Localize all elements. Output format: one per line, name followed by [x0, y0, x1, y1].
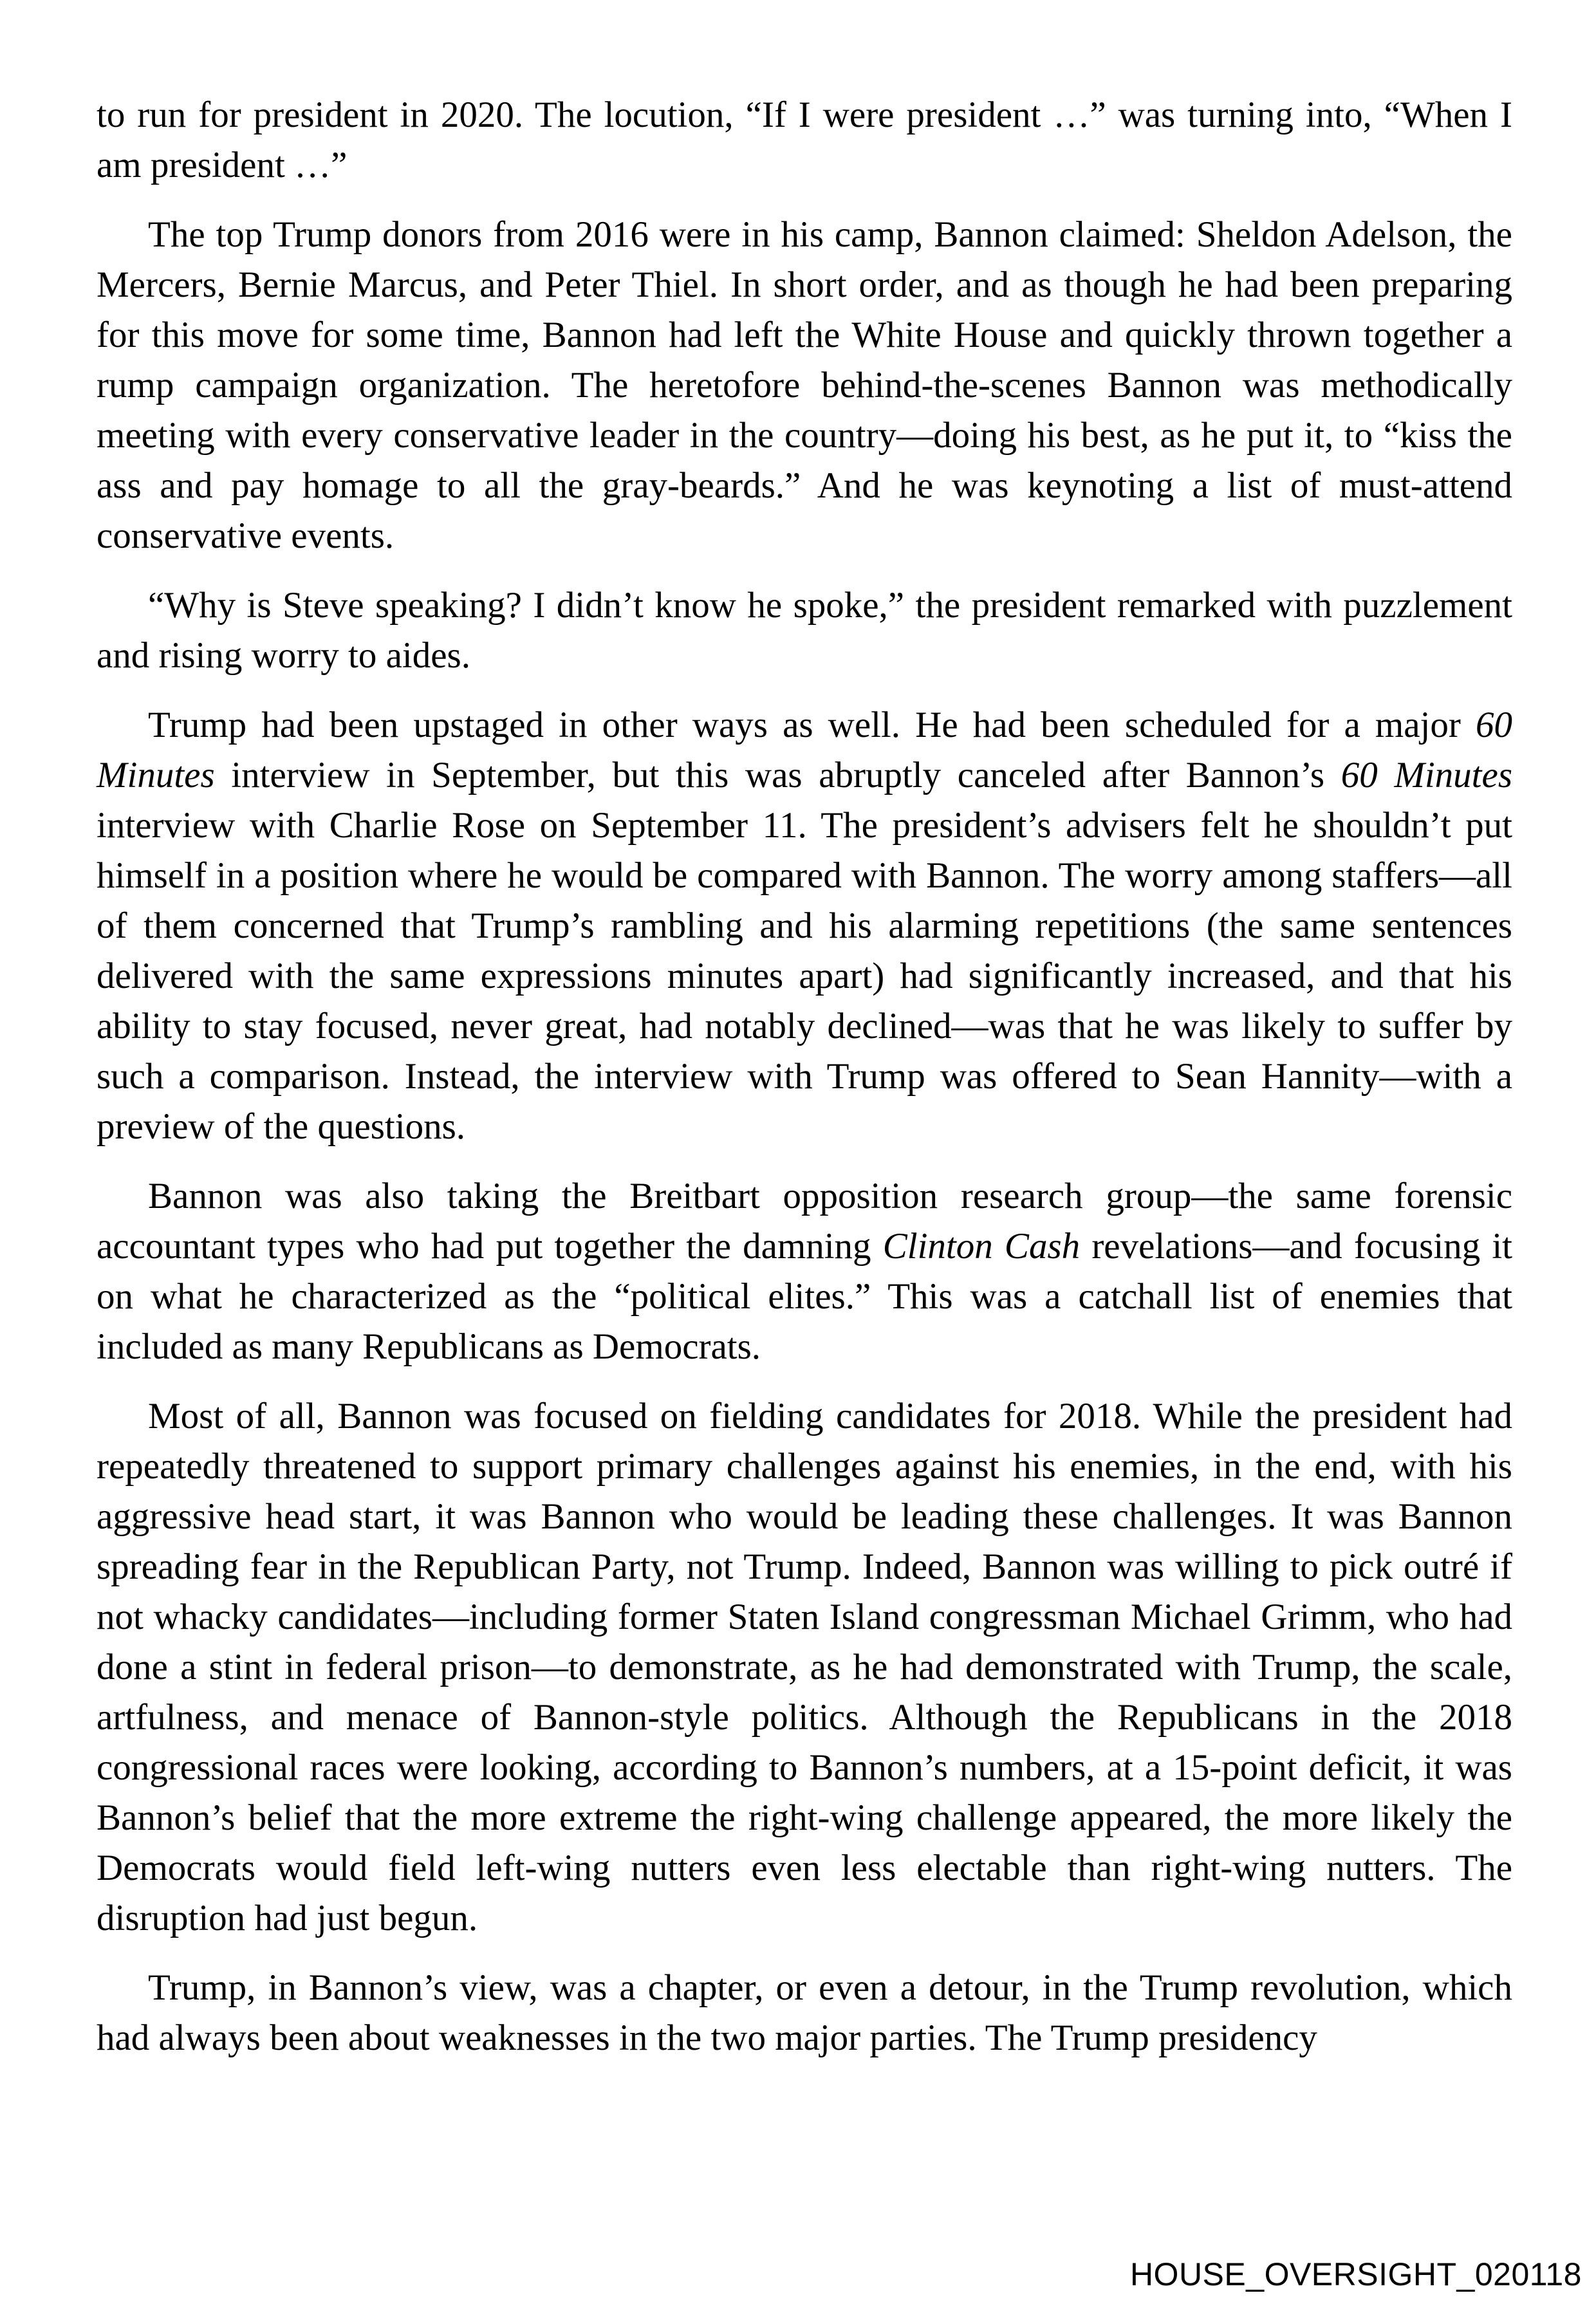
paragraph-text: Trump had been upstaged in other ways as…	[148, 705, 1476, 745]
paragraph-text: Trump, in Bannon’s view, was a chapter, …	[97, 1967, 1512, 2058]
paragraph-donors: The top Trump donors from 2016 were in h…	[97, 210, 1512, 561]
paragraph-upstaged: Trump had been upstaged in other ways as…	[97, 700, 1512, 1152]
paragraph-text: interview in September, but this was abr…	[215, 755, 1341, 795]
paragraph-text: interview with Charlie Rose on September…	[97, 805, 1512, 1147]
paragraph-candidates-2018: Most of all, Bannon was focused on field…	[97, 1391, 1512, 1944]
paragraph-steve-speaking: “Why is Steve speaking? I didn’t know he…	[97, 580, 1512, 681]
document-page: to run for president in 2020. The locuti…	[97, 90, 1512, 2083]
paragraph-text: to run for president in 2020. The locuti…	[97, 95, 1512, 185]
italic-title-60-minutes: 60 Minutes	[1341, 755, 1512, 795]
paragraph-text: The top Trump donors from 2016 were in h…	[97, 214, 1512, 556]
italic-title-clinton-cash: Clinton Cash	[883, 1226, 1080, 1267]
paragraph-text: “Why is Steve speaking? I didn’t know he…	[97, 585, 1512, 676]
paragraph-text: Most of all, Bannon was focused on field…	[97, 1396, 1512, 1938]
paragraph-trump-revolution: Trump, in Bannon’s view, was a chapter, …	[97, 1963, 1512, 2063]
paragraph-continuation: to run for president in 2020. The locuti…	[97, 90, 1512, 190]
paragraph-breitbart: Bannon was also taking the Breitbart opp…	[97, 1171, 1512, 1372]
bates-number: HOUSE_OVERSIGHT_020118	[1130, 2256, 1582, 2293]
